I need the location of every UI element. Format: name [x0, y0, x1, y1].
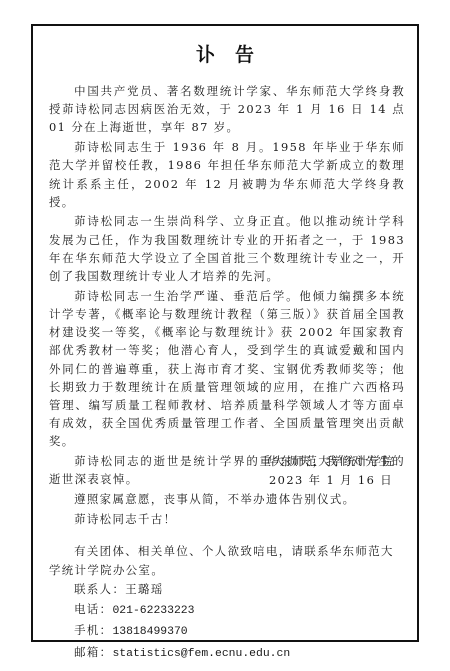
- paragraph-contributions: 茆诗松同志一生崇尚科学、立身正直。他以推动统计学科发展为己任，作为我国数理统计专…: [49, 212, 405, 285]
- contact-block: 有关团体、相关单位、个人欲致唁电，请联系华东师范大学统计学院办公室。 联系人：王…: [49, 542, 405, 664]
- contact-email-line: 邮箱：statistics@fem.ecnu.edu.cn: [49, 643, 405, 664]
- paragraph-announcement: 中国共产党员、著名数理统计学家、华东师范大学终身教授茆诗松同志因病医治无效，于 …: [49, 82, 405, 137]
- signature-organization: 华东师范大学统计学院: [267, 452, 395, 471]
- contact-email-address: statistics@fem.ecnu.edu.cn: [112, 648, 290, 660]
- contact-phone-line: 电话：021-62233223: [49, 600, 405, 621]
- contact-person-name: 王璐瑶: [125, 582, 163, 596]
- paragraph-biography: 茆诗松同志生于 1936 年 8 月。1958 年毕业于华东师范大学并留校任教，…: [49, 138, 405, 211]
- contact-email-label: 邮箱：: [74, 645, 112, 659]
- contact-intro: 有关团体、相关单位、个人欲致唁电，请联系华东师范大学统计学院办公室。: [49, 542, 405, 579]
- paragraph-farewell: 茆诗松同志千古！: [49, 510, 405, 528]
- contact-mobile-number: 13818499370: [112, 626, 187, 638]
- contact-phone-number: 021-62233223: [112, 605, 194, 617]
- signature-block: 华东师范大学统计学院 2023 年 1 月 16 日: [267, 452, 395, 490]
- contact-person-label: 联系人：: [74, 582, 125, 596]
- obituary-notice-frame: 讣告 中国共产党员、著名数理统计学家、华东师范大学终身教授茆诗松同志因病医治无效…: [31, 24, 419, 642]
- title-char-2: 告: [235, 44, 254, 66]
- contact-phone-label: 电话：: [74, 602, 112, 616]
- contact-mobile-line: 手机：13818499370: [49, 621, 405, 642]
- paragraph-achievements: 茆诗松同志一生治学严谨、垂范后学。他倾力编撰多本统计学专著，《概率论与数理统计教…: [49, 287, 405, 451]
- contact-mobile-label: 手机：: [74, 623, 112, 637]
- signature-date: 2023 年 1 月 16 日: [267, 471, 395, 490]
- notice-title: 讣告: [33, 40, 417, 67]
- contact-person-line: 联系人：王璐瑶: [49, 580, 405, 599]
- title-char-1: 讣: [196, 44, 215, 66]
- paragraph-funeral-arrangements: 遵照家属意愿，丧事从简，不举办遗体告别仪式。: [49, 490, 405, 508]
